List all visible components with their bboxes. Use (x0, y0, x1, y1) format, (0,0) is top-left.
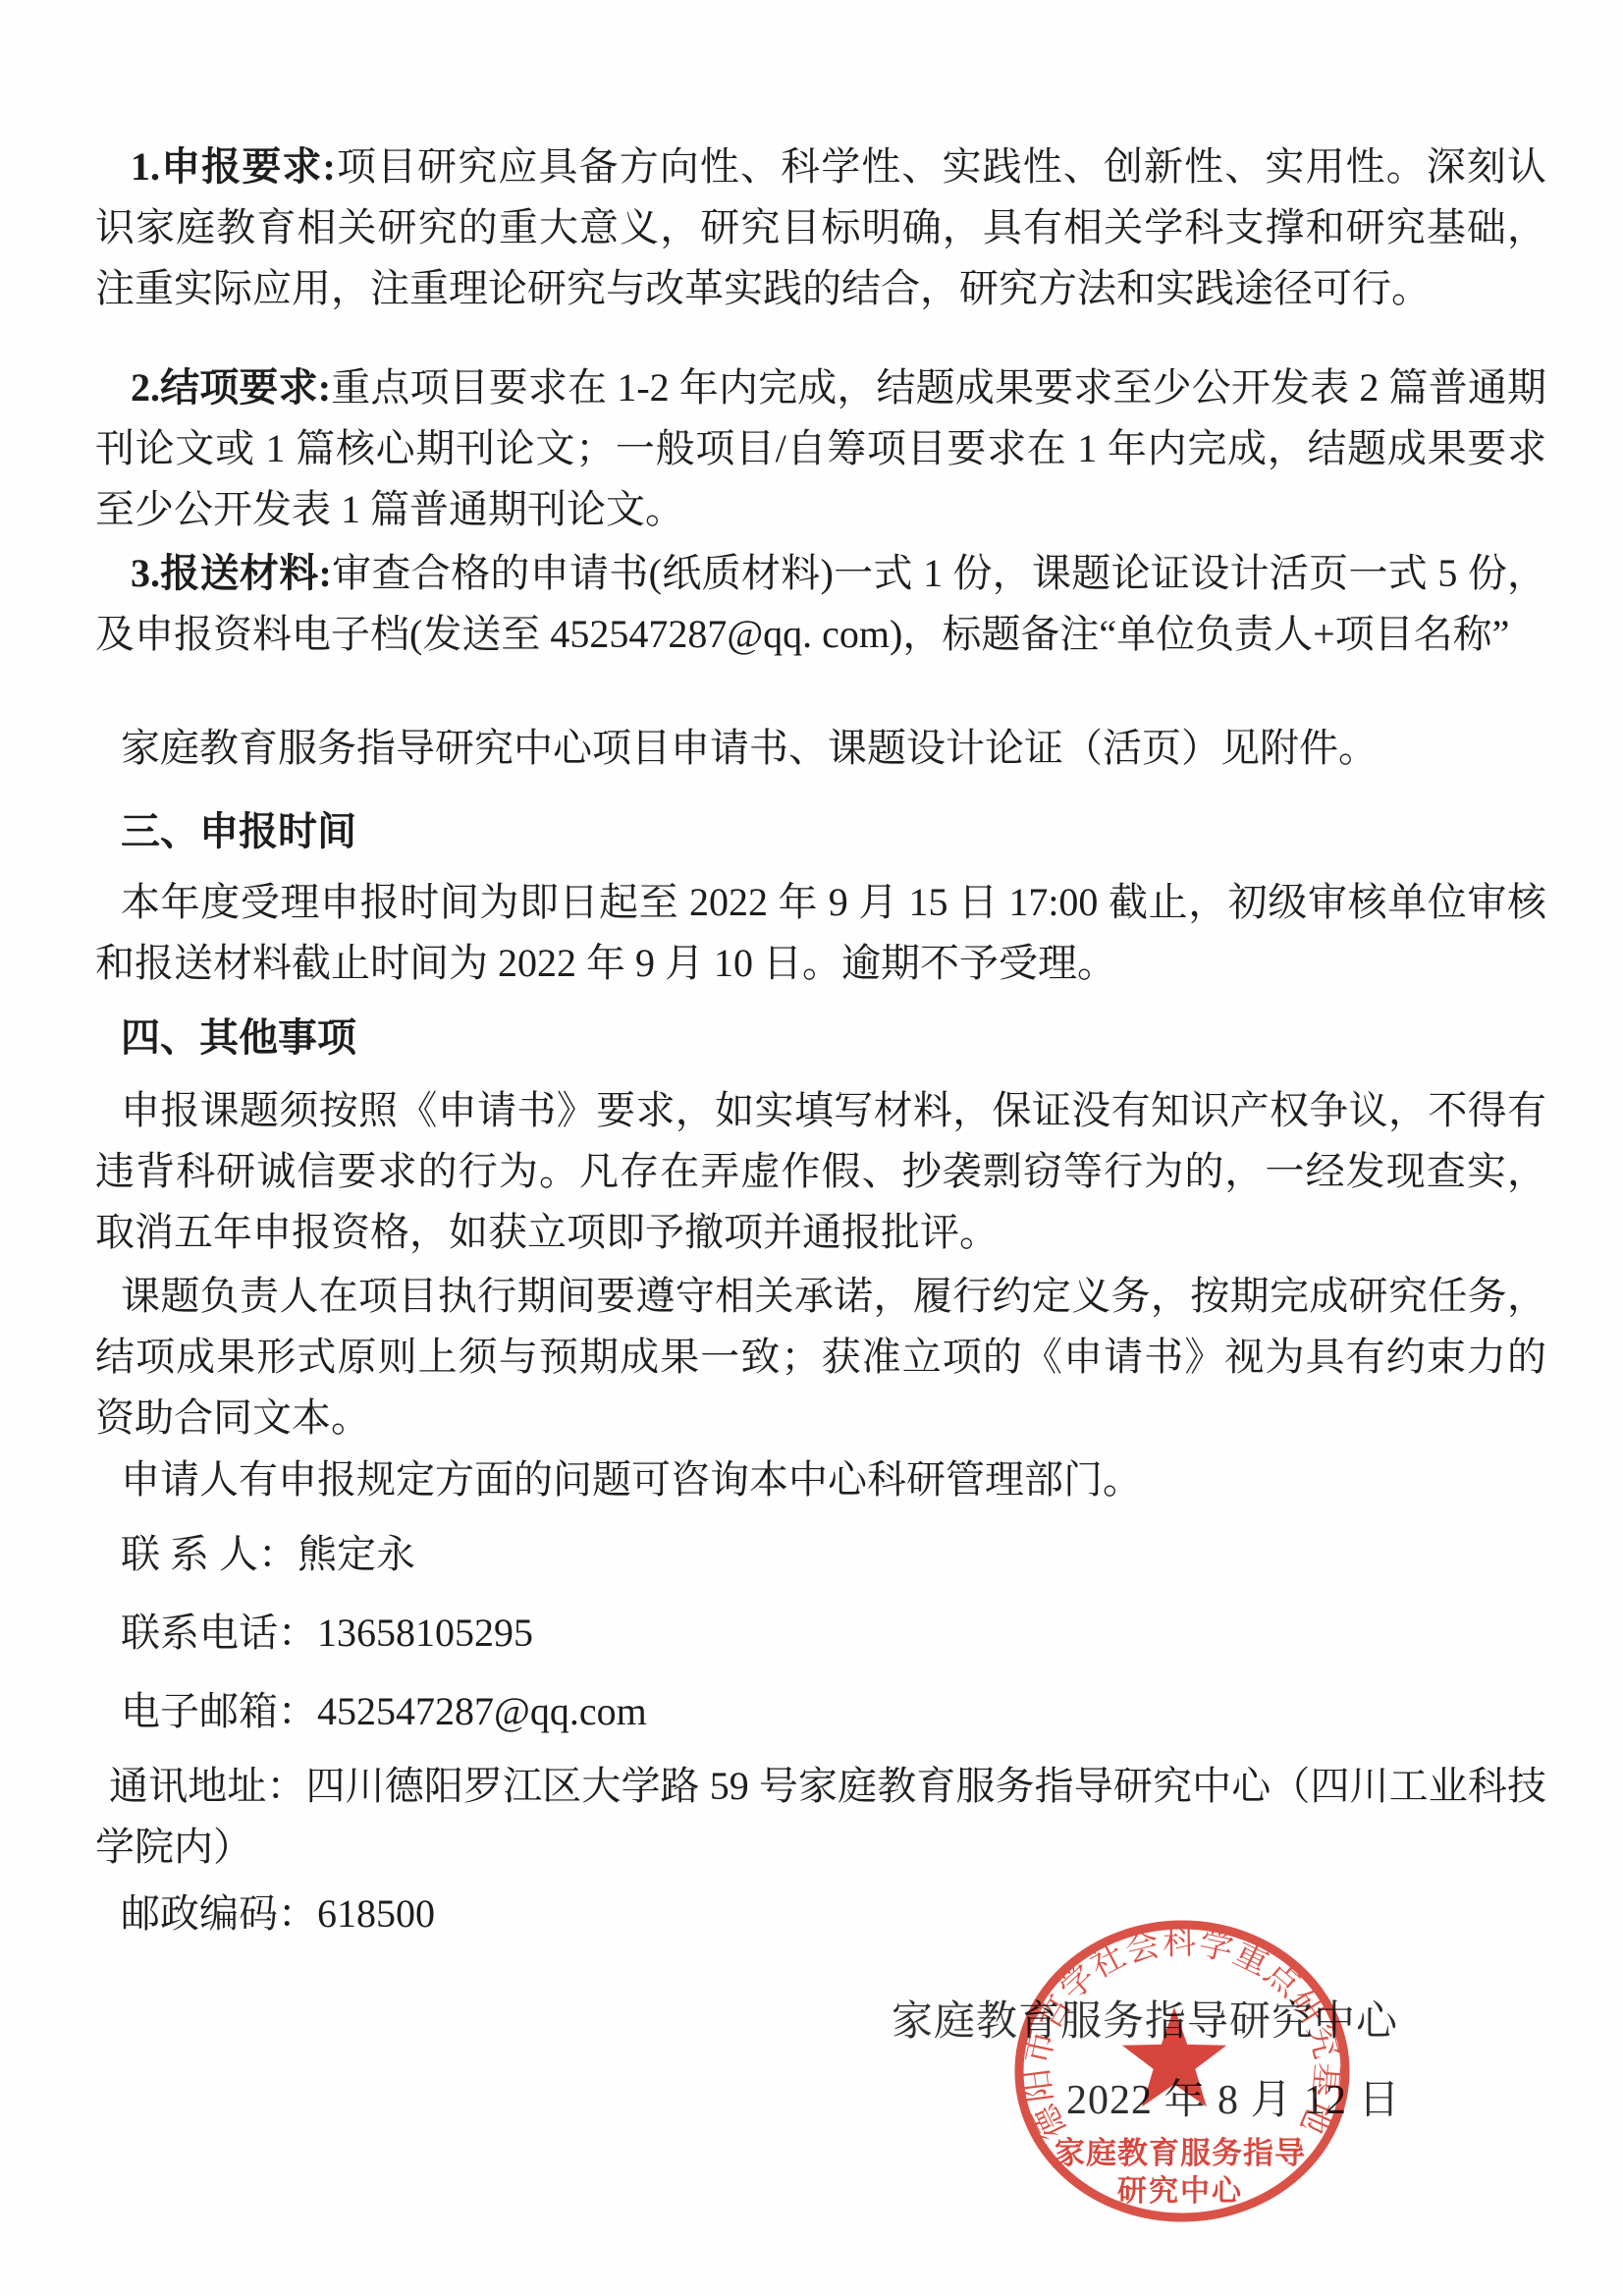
paragraph-application-requirements: 1.申报要求:项目研究应具备方向性、科学性、实践性、创新性、实用性。深刻认识家庭… (95, 137, 1546, 319)
stamp-star-icon (1122, 2007, 1227, 2106)
contact-person-line: 联 系 人：熊定永 (95, 1524, 1546, 1585)
address-line: 通讯地址：四川德阳罗江区大学路 59 号家庭教育服务指导研究中心（四川工业科技学… (95, 1756, 1546, 1878)
section-heading-application-time: 三、申报时间 (95, 801, 1546, 862)
document-page: 1.申报要求:项目研究应具备方向性、科学性、实践性、创新性、实用性。深刻认识家庭… (0, 0, 1623, 2296)
paragraph-1-label: 1.申报要求: (131, 144, 336, 189)
paragraph-integrity-rules: 申报课题须按照《申请书》要求，如实填写材料，保证没有知识产权争议，不得有违背科研… (95, 1080, 1546, 1263)
stamp-org-line2: 研究中心 (1117, 2174, 1243, 2208)
contact-phone-line: 联系电话：13658105295 (95, 1603, 1546, 1664)
contact-email-line: 电子邮箱：452547287@qq.com (95, 1681, 1546, 1742)
paragraph-2-label: 2.结项要求: (131, 365, 331, 410)
paragraph-attachment-note: 家庭教育服务指导研究中心项目申请书、课题设计论证（活页）见附件。 (95, 718, 1546, 779)
paragraph-consultation: 申请人有申报规定方面的问题可咨询本中心科研管理部门。 (95, 1449, 1546, 1510)
paragraph-submission-materials: 3.报送材料:审查合格的申请书(纸质材料)一式 1 份，课题论证设计活页一式 5… (95, 543, 1546, 665)
stamp-org-line1: 家庭教育服务指导 (1055, 2136, 1306, 2170)
paragraph-obligations: 课题负责人在项目执行期间要遵守相关承诺，履行约定义务，按期完成研究任务，结项成果… (95, 1266, 1546, 1449)
official-stamp: 德阳市哲学社会科学重点研究基地 家庭教育服务指导 研究中心 (1005, 1915, 1359, 2227)
section-heading-other-matters: 四、其他事项 (95, 1008, 1546, 1068)
paragraph-application-time: 本年度受理申报时间为即日起至 2022 年 9 月 15 日 17:00 截止，… (95, 872, 1546, 994)
paragraph-3-label: 3.报送材料: (131, 551, 332, 595)
paragraph-completion-requirements: 2.结项要求:重点项目要求在 1-2 年内完成，结题成果要求至少公开发表 2 篇… (95, 357, 1546, 540)
